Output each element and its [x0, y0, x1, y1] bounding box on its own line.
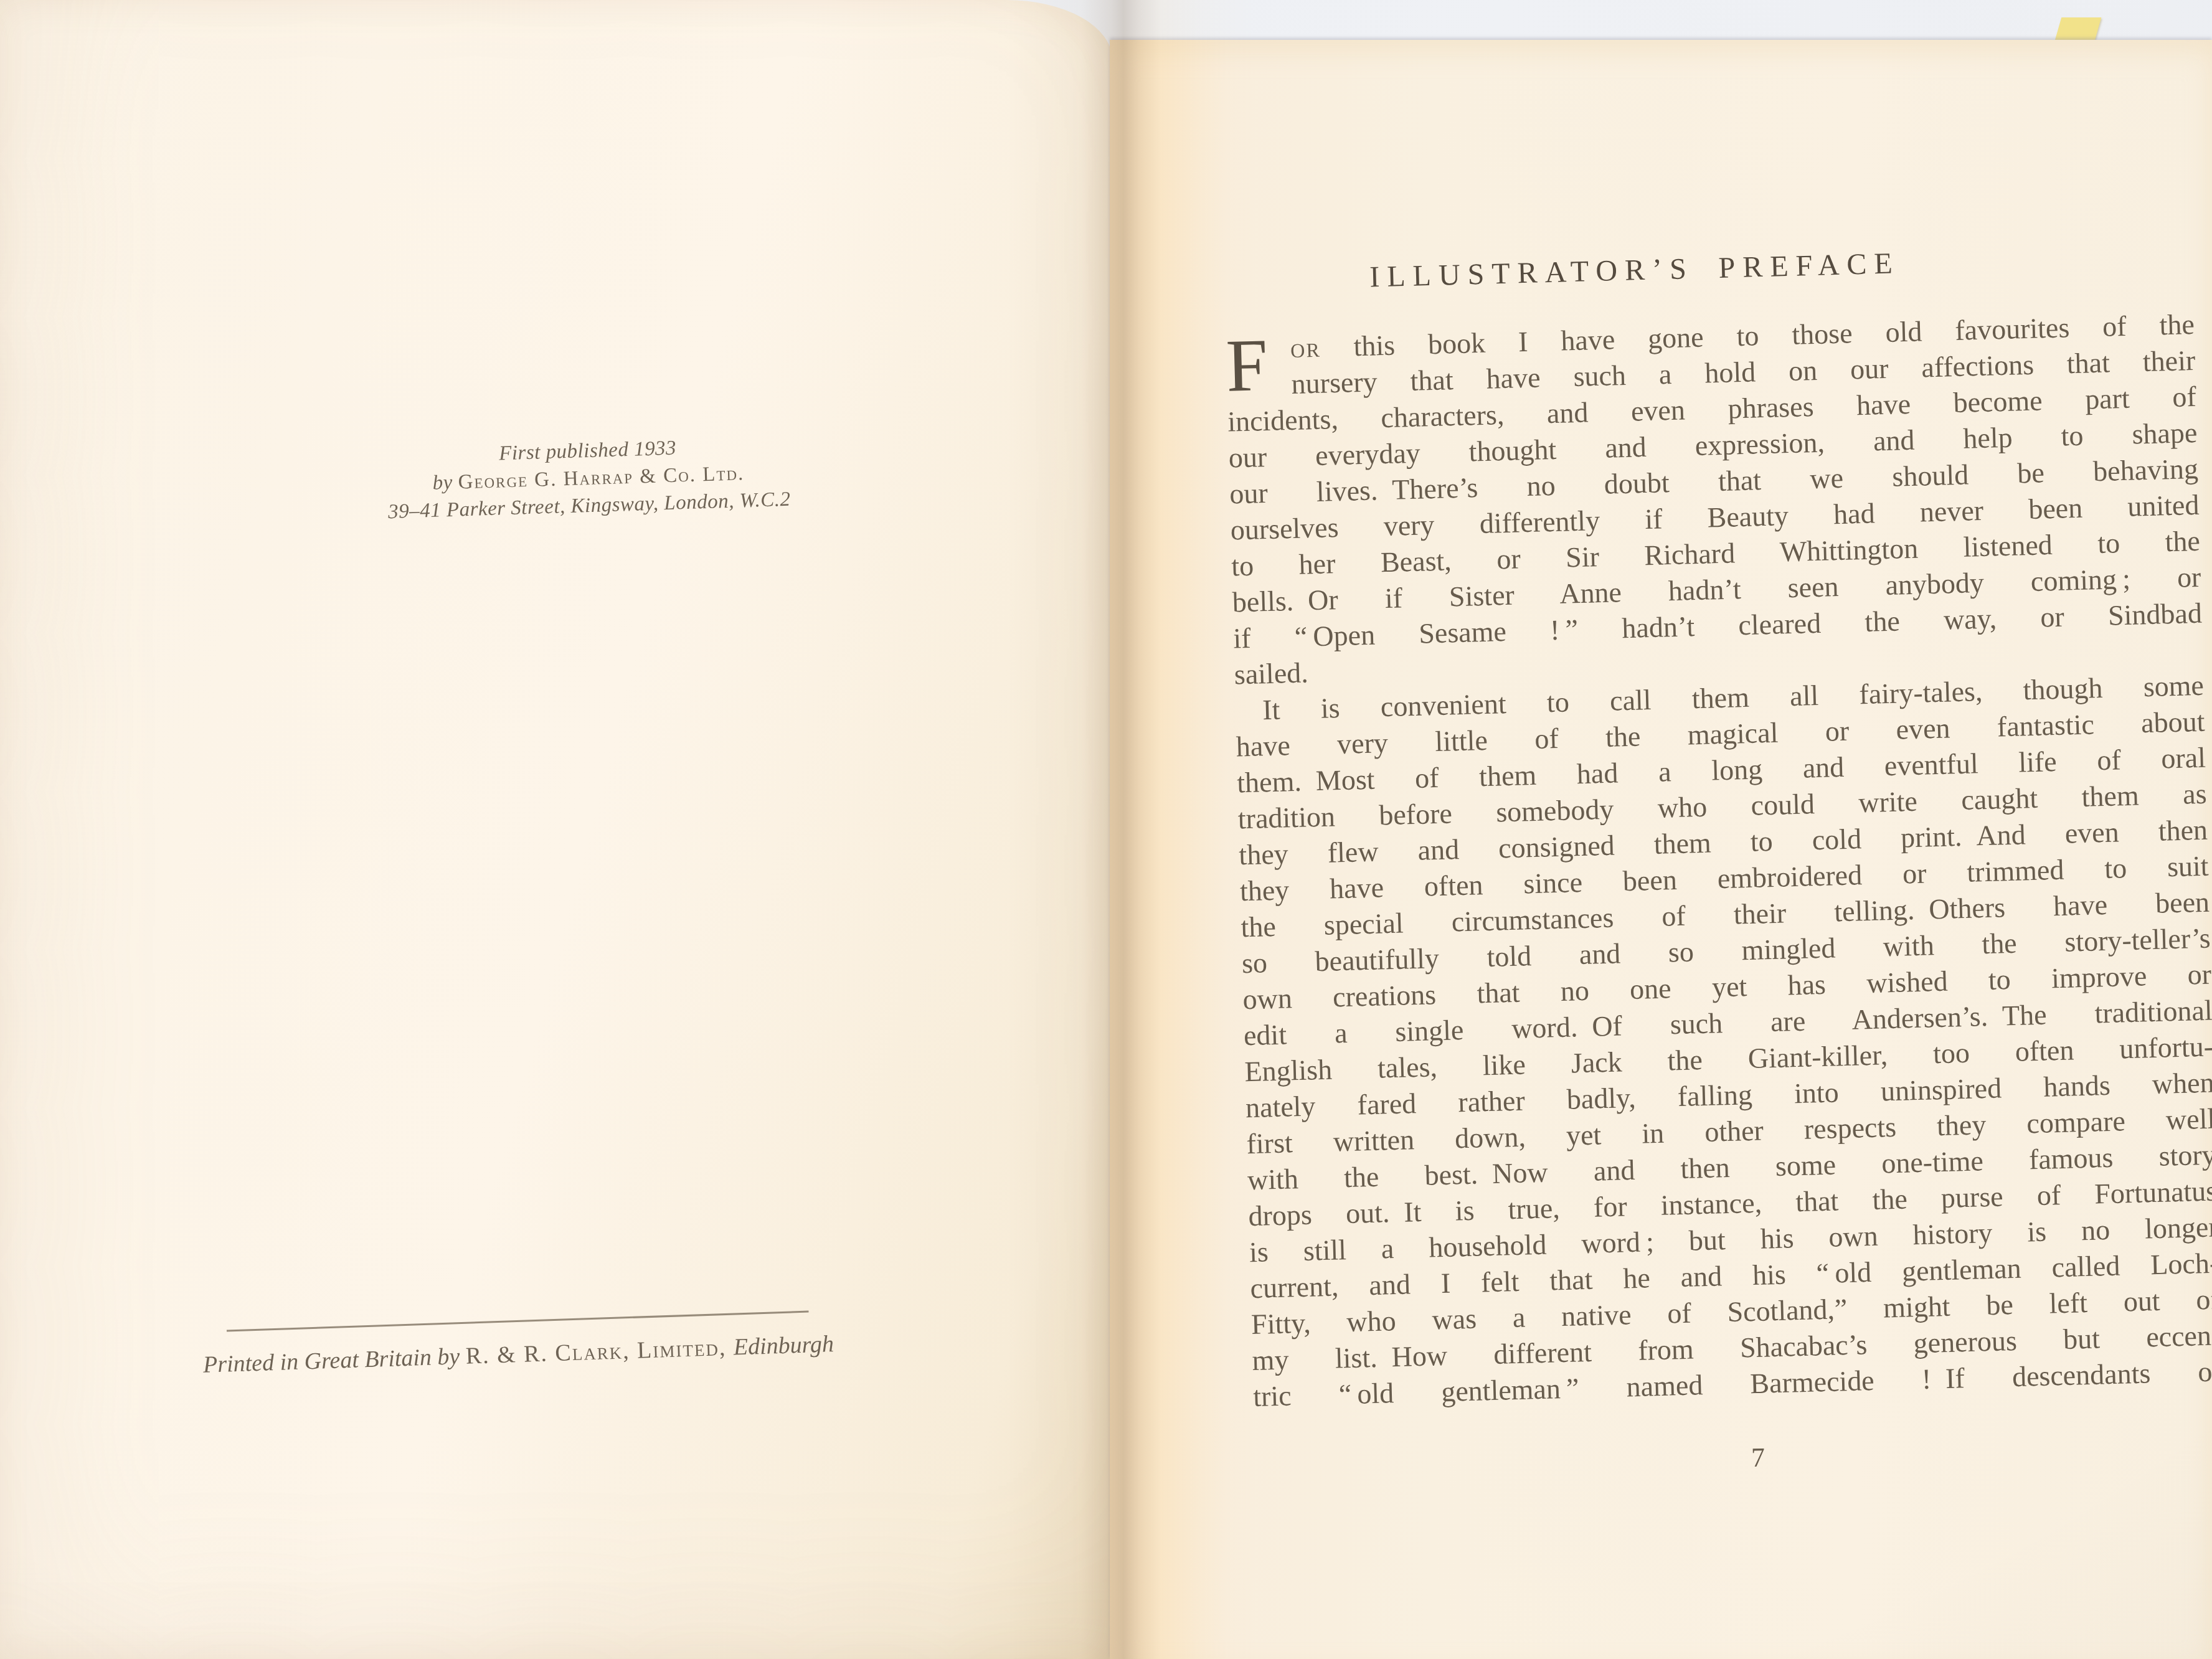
text-segment: Edinburgh	[733, 1331, 834, 1360]
paragraph: For this book I have gone to those old f…	[1225, 306, 2203, 693]
drop-cap: F	[1226, 333, 1281, 404]
paragraph: It is convenient to call them all fairy-…	[1235, 668, 2212, 1415]
text-segment: or	[1290, 331, 1321, 364]
text-segment: by	[432, 471, 458, 494]
text-segment: First published 1933	[499, 437, 677, 465]
preface-body: For this book I have gone to those old f…	[1225, 306, 2212, 1415]
text-segment: sailed.	[1234, 656, 1308, 690]
left-page	[0, 0, 1112, 1659]
preface-content: ILLUSTRATOR’S PREFACE For this book I ha…	[1224, 237, 2212, 1486]
book-photo: First published 1933by George G. Harrap …	[0, 0, 2212, 1659]
